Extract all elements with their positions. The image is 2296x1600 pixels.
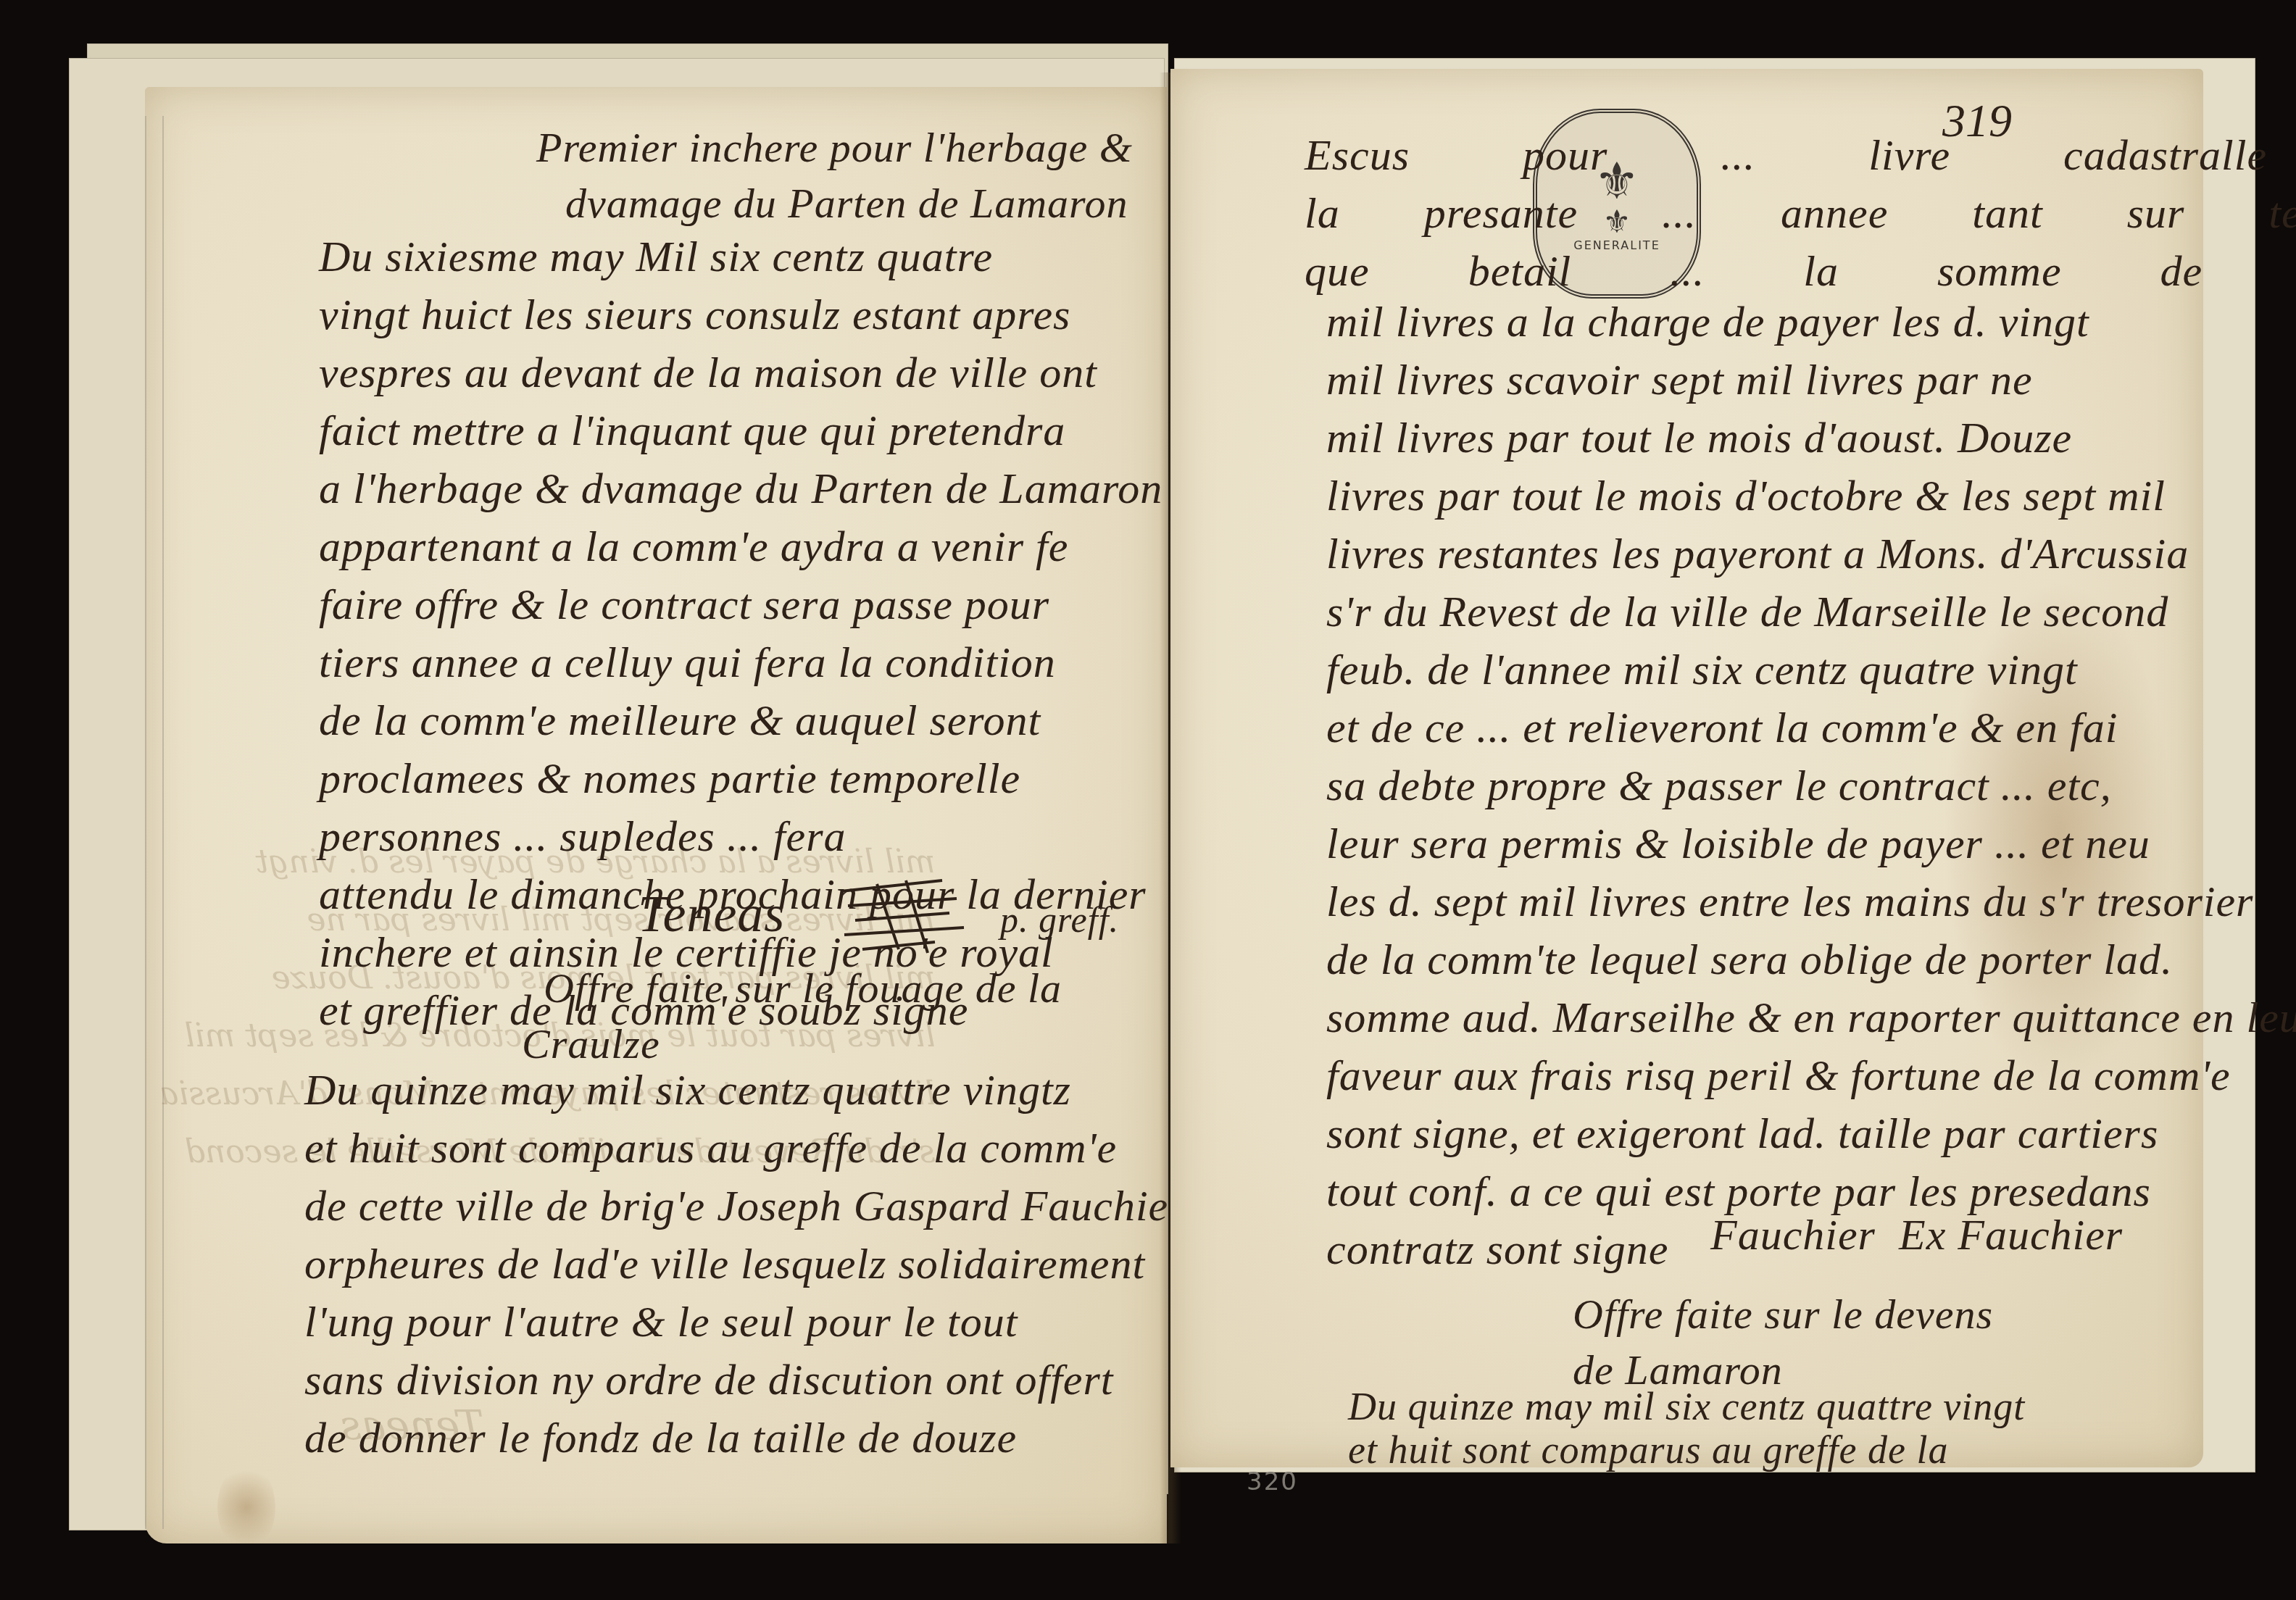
signature-flourish bbox=[833, 877, 978, 957]
left-section2-heading: Offre faite sur le fouage de la Craulze bbox=[544, 964, 1062, 1061]
left-margin-rule-inner bbox=[162, 116, 164, 1529]
heading-line: Premier inchere pour l'herbage & bbox=[536, 123, 1133, 172]
text-line: mil livres par tout le mois d'aoust. Dou… bbox=[1326, 413, 2072, 463]
text-line: Du quinze may mil six centz quattre ving… bbox=[1348, 1384, 2025, 1429]
signature-teneas: Teneas bbox=[638, 884, 785, 944]
left-margin-rule bbox=[145, 116, 146, 1529]
text-line: appartenant a la comm'e aydra a venir fe bbox=[319, 522, 1068, 572]
text-line: faire offre & le contract sera passe pou… bbox=[319, 580, 1049, 630]
text-line: mil livres scavoir sept mil livres par n… bbox=[1326, 355, 2033, 405]
text-line: et de ce ... et relieveront la comm'e & … bbox=[1326, 703, 2118, 753]
text-line: faveur aux frais risq peril & fortune de… bbox=[1326, 1051, 2231, 1101]
text-line: la presante ... annee tant sur terrain bbox=[1305, 188, 2296, 238]
text-line: sans division ny ordre de discution ont … bbox=[304, 1355, 1113, 1405]
text-line: Escus pour ... livre cadastralle pour bbox=[1305, 130, 2296, 180]
heading-line: dvamage du Parten de Lamaron bbox=[565, 179, 1162, 228]
text-line: de la comm'e meilleure & auquel seront bbox=[319, 696, 1041, 746]
text-line: personnes ... supledes ... fera bbox=[319, 812, 847, 862]
text-line: Du quinze may mil six centz quattre ving… bbox=[304, 1065, 1071, 1115]
faded-bleed-signature: Teneas bbox=[341, 1402, 483, 1449]
text-line: feub. de l'annee mil six centz quatre vi… bbox=[1326, 645, 2078, 695]
text-line: et huit sont comparus au greffe de la bbox=[1348, 1428, 1948, 1472]
text-line: que betail ... la somme de vingt bbox=[1305, 246, 2296, 296]
heading-line: Offre faite sur le devens bbox=[1573, 1290, 1993, 1338]
text-line: faict mettre a l'inquant que qui pretend… bbox=[319, 406, 1065, 456]
text-line: livres par tout le mois d'octobre & les … bbox=[1326, 471, 2166, 521]
left-heading: Premier inchere pour l'herbage & dvamage… bbox=[536, 123, 1133, 220]
text-line: tiers annee a celluy qui fera la conditi… bbox=[319, 638, 1056, 688]
pencil-page-number: 320 bbox=[1247, 1467, 1298, 1496]
text-line: contratz sont signe bbox=[1326, 1225, 1668, 1275]
text-line: de cette ville de brig'e Joseph Gaspard … bbox=[304, 1181, 1186, 1231]
text-line: livres restantes les payeront a Mons. d'… bbox=[1326, 529, 2189, 579]
stain bbox=[217, 1464, 275, 1551]
text-line: sont signe, et exigeront lad. taille par… bbox=[1326, 1109, 2158, 1159]
text-line: leur sera permis & loisible de payer ...… bbox=[1326, 819, 2150, 869]
text-line: vespres au devant de la maison de ville … bbox=[319, 348, 1097, 398]
right-section2-heading: Offre faite sur le devens de Lamaron bbox=[1573, 1290, 1993, 1387]
text-line: vingt huict les sieurs consulz estant ap… bbox=[319, 290, 1070, 340]
text-line: sa debte propre & passer le contract ...… bbox=[1326, 761, 2112, 811]
text-line: proclamees & nomes partie temporelle bbox=[319, 754, 1020, 804]
signature-fauchier: Fauchier bbox=[1710, 1210, 1876, 1260]
signature-ex-fauchier: Ex Fauchier bbox=[1899, 1210, 2123, 1260]
heading-line: Offre faite sur le fouage de la bbox=[544, 964, 1062, 1012]
text-line: somme aud. Marseilhe & en raporter quitt… bbox=[1326, 993, 2296, 1043]
text-line: l'ung pour l'autre & le seul pour le tou… bbox=[304, 1297, 1018, 1347]
text-line: tout conf. a ce qui est porte par les pr… bbox=[1326, 1167, 2151, 1217]
text-line: Du sixiesme may Mil six centz quatre bbox=[319, 232, 993, 282]
signature-note: p. greff. bbox=[1000, 899, 1119, 941]
text-line: mil livres a la charge de payer les d. v… bbox=[1326, 297, 2089, 347]
heading-line: Craulze bbox=[522, 1020, 1040, 1068]
text-line: de la comm'te lequel sera oblige de port… bbox=[1326, 935, 2173, 985]
text-line: a l'herbage & dvamage du Parten de Lamar… bbox=[319, 464, 1162, 514]
text-line: et huit sont comparus au greffe de la co… bbox=[304, 1123, 1117, 1173]
text-line: les d. sept mil livres entre les mains d… bbox=[1326, 877, 2253, 927]
text-line: orpheures de lad'e ville lesquelz solida… bbox=[304, 1239, 1145, 1289]
text-line: s'r du Revest de la ville de Marseille l… bbox=[1326, 587, 2168, 637]
